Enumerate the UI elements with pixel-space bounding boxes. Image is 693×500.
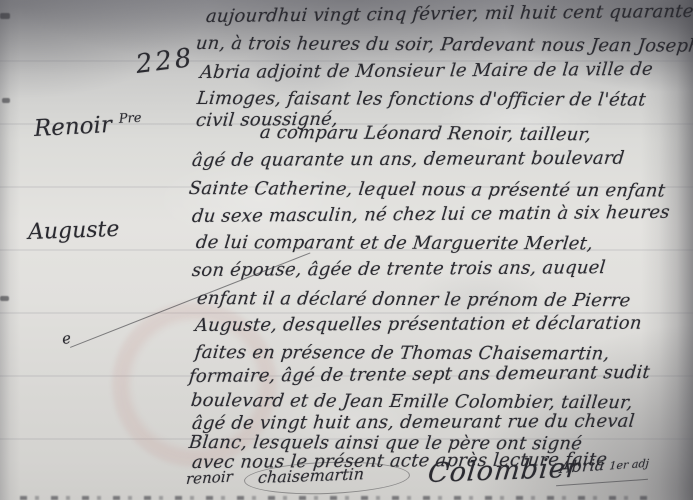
manuscript-scan-page: 228 Renoir Pre Auguste e aujourdhui ving… [0,0,693,500]
manuscript-line: aujourdhui vingt cinq février, mil huit … [205,1,693,27]
margin-act-number: 228 [134,43,196,80]
margin-surname-text: Renoir [33,112,112,142]
margin-paraph: e [61,329,72,348]
manuscript-line: faites en présence de Thomas Chaisemarti… [194,342,611,364]
manuscript-line: son épouse, âgée de trente trois ans, au… [191,257,607,281]
signature-colombier: Colombier [426,453,581,489]
scan-speck [0,296,9,301]
signature-abria-title: 1er adj [609,457,649,473]
manuscript-line: du sexe masculin, né chez lui ce matin à… [191,202,671,227]
manuscript-line: Abria adjoint de Monsieur le Maire de la… [199,59,654,83]
margin-surname-suffix: Pre [118,111,141,127]
next-act-partial-line [20,496,650,500]
manuscript-line: boulevard et de Jean Emille Colombier, t… [190,390,634,413]
manuscript-line: Limoges, faisant les fonctions d'officie… [196,88,647,111]
margin-firstname: Auguste [28,217,120,245]
manuscript-line: Sainte Catherine, lequel nous a présenté… [188,178,666,201]
manuscript-line: un, à trois heures du soir, Pardevant no… [195,33,693,57]
manuscript-line: a comparu Léonard Renoir, tailleur, [259,122,593,145]
scan-speck [2,98,10,103]
manuscript-line: enfant il a déclaré donner le prénom de … [196,288,632,311]
manuscript-line: de lui comparant et de Marguerite Merlet… [195,232,594,254]
scan-speck [0,13,10,19]
margin-surname: Renoir Pre [33,110,142,142]
manuscript-line: formaire, âgé de trente sept ans demeura… [188,362,651,387]
manuscript-line: âgé de quarante un ans, demeurant boulev… [191,148,626,171]
signature-renoir: renoir [186,468,234,488]
signature-chaisemartin: chaisemartin [257,464,364,487]
manuscript-line: Auguste, desquelles présentation et décl… [194,313,643,336]
manuscript-line: âgé de vingt huit ans, demeurant rue du … [191,411,636,434]
signature-abria-name: Abria [559,455,605,477]
